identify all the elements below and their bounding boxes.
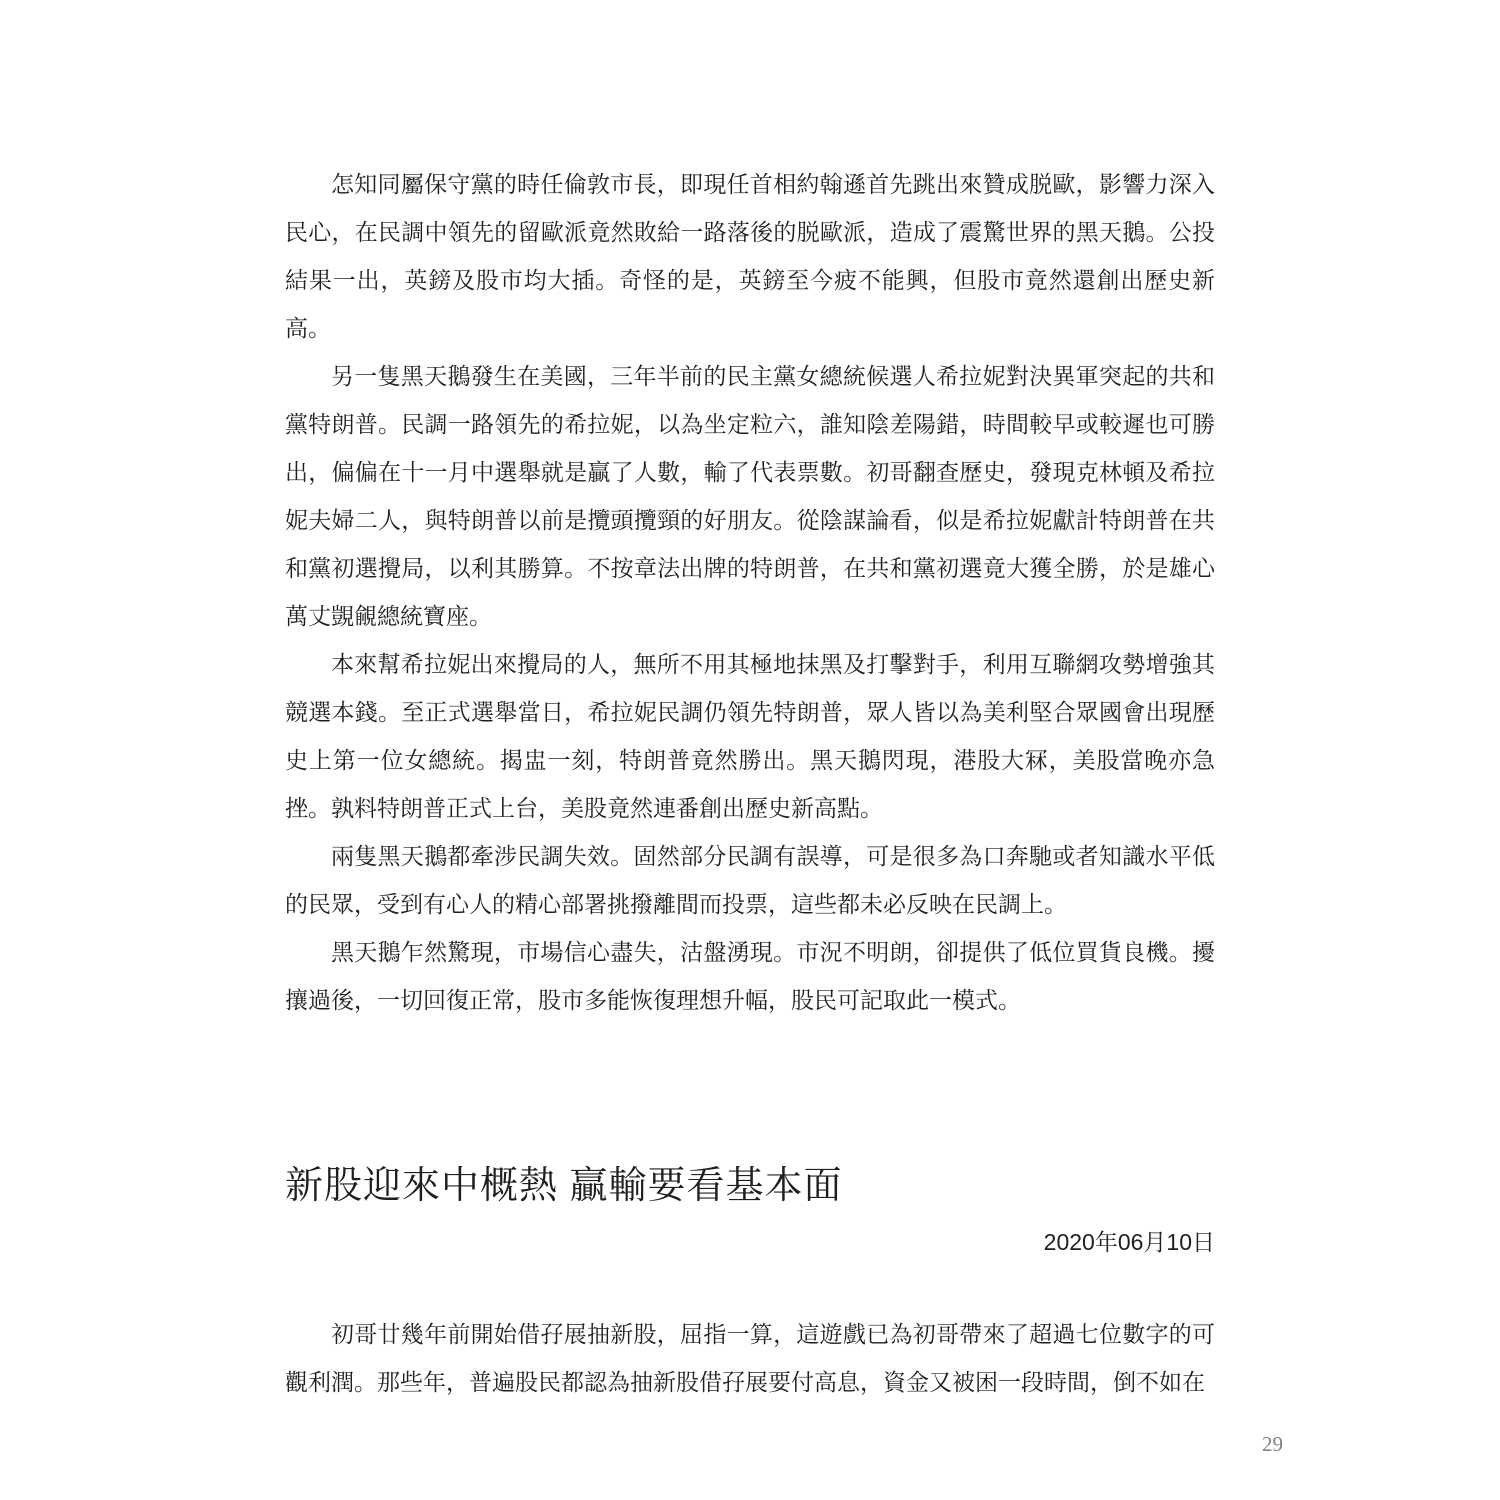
body-paragraph: 怎知同屬保守黨的時任倫敦市長，即現任首相約翰遜首先跳出來贊成脱歐，影響力深入民心… xyxy=(285,160,1215,352)
text-column: 怎知同屬保守黨的時任倫敦市長，即現任首相約翰遜首先跳出來贊成脱歐，影響力深入民心… xyxy=(285,160,1215,1406)
body-paragraph: 本來幫希拉妮出來攪局的人，無所不用其極地抹黑及打擊對手，利用互聯網攻勢增強其競選… xyxy=(285,640,1215,832)
body-paragraph: 初哥廿幾年前開始借孖展抽新股，屈指一算，這遊戲已為初哥帶來了超過七位數字的可觀利… xyxy=(285,1310,1215,1406)
section-heading: 新股迎來中概熱 贏輸要看基本面 xyxy=(285,1162,1215,1210)
document-page: 怎知同屬保守黨的時任倫敦市長，即現任首相約翰遜首先跳出來贊成脱歐，影響力深入民心… xyxy=(0,0,1500,1500)
page-number: 29 xyxy=(1262,1432,1283,1457)
body-paragraph: 另一隻黑天鵝發生在美國，三年半前的民主黨女總統候選人希拉妮對決異軍突起的共和黨特… xyxy=(285,352,1215,640)
section-date: 2020年06月10日 xyxy=(285,1218,1215,1266)
body-paragraph: 兩隻黑天鵝都牽涉民調失效。固然部分民調有誤導，可是很多為口奔馳或者知識水平低的民… xyxy=(285,832,1215,928)
body-paragraph: 黑天鵝乍然驚現，市場信心盡失，沽盤湧現。市況不明朗，卻提供了低位買貨良機。擾攘過… xyxy=(285,928,1215,1024)
